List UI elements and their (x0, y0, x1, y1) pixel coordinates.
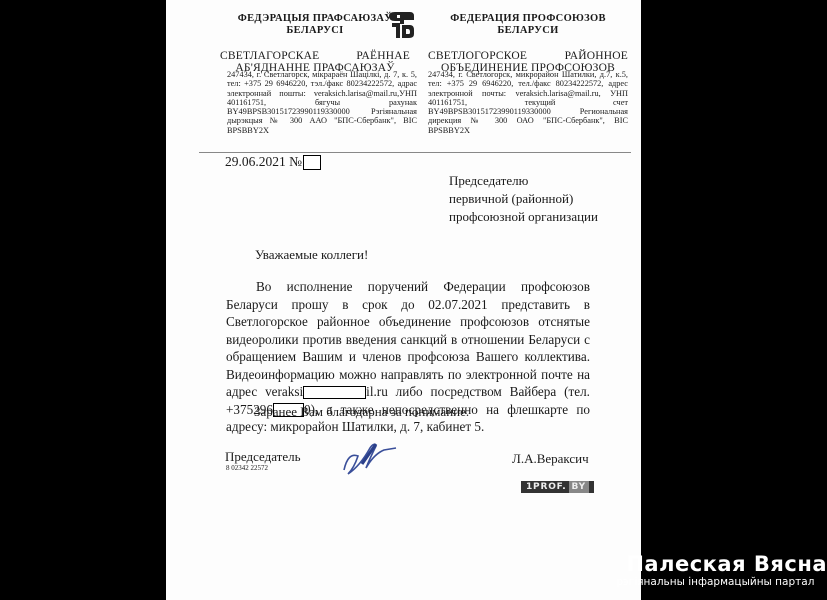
letter-date: 29.06.2021 № (225, 154, 321, 170)
header-divider (199, 152, 631, 153)
addressee-block: Председателю первичной (районной) профсо… (449, 172, 598, 226)
org-title-by: ФЕДЭРАЦЫЯ ПРАФСАЮЗАЎ БЕЛАРУСІ (220, 13, 410, 37)
brand-name: Палеская Вясна (614, 552, 827, 576)
fpb-logo-icon (386, 10, 416, 40)
redacted-email (303, 386, 366, 399)
brand-tagline: рэгіянальны інфармацыйны партал (614, 576, 827, 589)
letterhead-left: ФЕДЭРАЦЫЯ ПРАФСАЮЗАЎ БЕЛАРУСІ СВЕТЛАГОРС… (220, 13, 410, 74)
signer-title: Председатель (225, 449, 301, 465)
letter-document: ФЕДЭРАЦЫЯ ПРАФСАЮЗАЎ БЕЛАРУСІ СВЕТЛАГОРС… (166, 0, 641, 600)
1prof-watermark: 1PROF.BY (521, 481, 594, 493)
requisites-by: 247434, г. Светлагорск, мікрараён Шацілк… (227, 70, 417, 135)
signature-icon (340, 438, 400, 478)
signer-name: Л.А.Вераксич (512, 451, 589, 467)
org-title-ru: ФЕДЕРАЦИЯ ПРОФСОЮЗОВ БЕЛАРУСИ (428, 13, 628, 37)
palesskaya-vyasna-brand: Палеская Вясна рэгіянальны інфармацыйны … (614, 552, 827, 589)
closing-thanks: Заранее Вам благодарна за понимание. (254, 404, 469, 420)
requisites-ru: 247434, г. Светлогорск, микрорайон Шатил… (428, 70, 628, 135)
letterhead-right: ФЕДЕРАЦИЯ ПРОФСОЮЗОВ БЕЛАРУСИ СВЕТЛОГОРС… (428, 13, 628, 74)
greeting: Уважаемые коллеги! (255, 247, 368, 263)
redacted-number (303, 155, 321, 170)
signer-phone: 8 02342 22572 (226, 464, 268, 472)
